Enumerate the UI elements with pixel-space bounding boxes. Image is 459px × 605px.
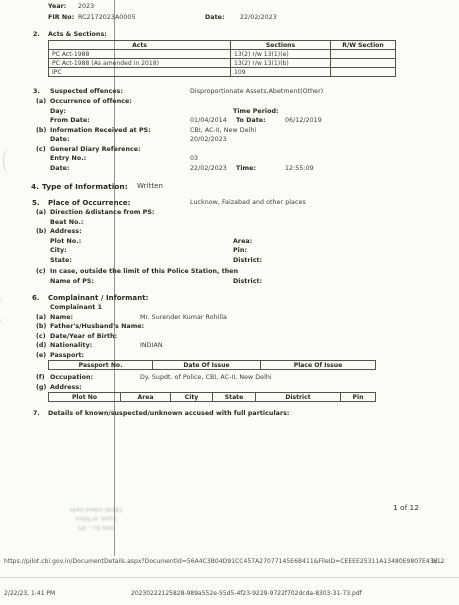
- date-of-issue-header: Date Of Issue: [153, 361, 261, 370]
- item-letter: (b): [36, 127, 46, 134]
- state-label: State:: [50, 257, 72, 264]
- gd-date-time-row: Date: 22/02/2023 Time: 12:55:09: [0, 165, 459, 175]
- pin-header: Pin: [341, 393, 376, 402]
- outside-limit-label: In case, outside the limit of this Polic…: [50, 268, 238, 275]
- occurrence-label: Occurrence of offence:: [50, 98, 132, 105]
- name-of-ps-row: Name of PS: District:: [0, 278, 459, 288]
- section7-title: Details of known/suspected/unknown accus…: [48, 410, 289, 417]
- section7-heading: 7. Details of known/suspected/unknown ac…: [0, 410, 459, 420]
- scan-artifact: [3, 148, 16, 174]
- section4-heading: 4. Type of Information: Written: [0, 182, 459, 192]
- page-number: 1 of 12: [393, 503, 419, 512]
- state-district-row: State: District:: [0, 257, 459, 267]
- passport-table: Passport No. Date Of Issue Place Of Issu…: [48, 360, 376, 370]
- section6-number: 6.: [32, 294, 40, 302]
- pin-label: Pin:: [233, 247, 247, 254]
- date-value: 22/02/2023: [190, 165, 227, 172]
- from-date-value: 01/04/2014: [190, 117, 227, 124]
- direction-distance-row: (a) Direction &distance from PS:: [0, 209, 459, 219]
- act-cell: PC Act-1988 (As amended in 2018): [49, 59, 231, 68]
- suspected-offences-value: Disproportionate Assets,Abetment(Other): [190, 88, 323, 95]
- section5-title: Place of Occurrence:: [48, 199, 130, 207]
- occupation-value: Dy. Supdt. of Police, CBI, AC-II, New De…: [140, 374, 272, 381]
- area-label: Area:: [233, 238, 252, 245]
- place-of-issue-header: Place Of Issue: [261, 361, 376, 370]
- place-of-occurrence-value: Lucknow, Faizabad and other places: [190, 199, 306, 206]
- date-label: Date:: [50, 136, 70, 143]
- passport-header-row: Passport No. Date Of Issue Place Of Issu…: [49, 361, 376, 370]
- section3-number: 3.: [33, 88, 40, 95]
- scanned-fir-page: Year: 2023 FIR No: RC2172023A0005 Date: …: [0, 0, 459, 556]
- table-row: IPC 109: [49, 68, 396, 77]
- father-husband-label: Father's/Husband's Name:: [50, 323, 144, 330]
- time-label: Time:: [236, 165, 256, 172]
- item-letter: (c): [36, 268, 46, 275]
- day-label: Day:: [50, 108, 66, 115]
- acts-sections-table: Acts Sections R/W Section PC Act-1988 13…: [48, 40, 396, 77]
- item-letter: (d): [36, 342, 46, 349]
- city-pin-row: City: Pin:: [0, 247, 459, 257]
- complainant1-label: Complainant 1: [50, 304, 102, 311]
- fir-no-label: FIR No:: [48, 14, 74, 21]
- father-husband-row: (b) Father's/Husband's Name:: [0, 323, 459, 333]
- rw-cell: [331, 59, 396, 68]
- from-to-date-row: From Date: 01/04/2014 To Date: 06/12/201…: [0, 117, 459, 127]
- time-period-label: Time Period:: [233, 108, 279, 115]
- passport-label: Passport:: [50, 352, 84, 359]
- entry-no-label: Entry No.:: [50, 155, 86, 162]
- entry-no-row: Entry No.: 03: [0, 155, 459, 165]
- info-received-value: CBI, AC-II, New Delhi: [190, 127, 256, 134]
- section7-number: 7.: [33, 410, 40, 417]
- year-row: Year: 2023: [0, 3, 459, 13]
- direction-distance-label: Direction &distance from PS:: [50, 209, 155, 216]
- section3-heading: 3. Suspected offences: Disproportionate …: [0, 88, 459, 98]
- occupation-row: (f) Occupation: Dy. Supdt. of Police, CB…: [0, 374, 459, 384]
- section6-heading: 6. Complainant / Informant:: [0, 294, 459, 304]
- address-header-row: Plot No Area City State District Pin: [49, 393, 376, 402]
- item-letter: (a): [36, 98, 46, 105]
- rw-cell: [331, 50, 396, 59]
- type-of-information-value: Written: [137, 182, 163, 190]
- rw-section-col-header: R/W Section: [331, 41, 396, 50]
- item-letter: (c): [36, 146, 46, 153]
- address-row: (b) Address:: [0, 228, 459, 238]
- item-letter: (e): [36, 352, 46, 359]
- state-header: State: [213, 393, 256, 402]
- date-value: 20/02/2023: [190, 136, 227, 143]
- section5-heading: 5. Place of Occurrence: Lucknow, Faizaba…: [0, 199, 459, 209]
- complainant-address-table: Plot No Area City State District Pin: [48, 392, 376, 402]
- year-value: 2023: [78, 3, 94, 10]
- fir-date-label: Date:: [205, 14, 225, 21]
- scan-fold-line: [114, 0, 115, 556]
- signature-stamp: SIVA SU… IPS Supdt. of Police CBI/AC-II/…: [52, 504, 140, 531]
- footer-url: https://pilot.cbi.gov.in/DocumentDetails…: [4, 558, 443, 565]
- year-label: Year:: [48, 3, 66, 10]
- plot-no-header: Plot No: [49, 393, 121, 402]
- section4-number: 4.: [31, 182, 39, 191]
- acts-col-header: Acts: [49, 41, 231, 50]
- beat-no-label: Beat No.:: [50, 219, 83, 226]
- from-date-label: From Date:: [50, 117, 90, 124]
- address-label: Address:: [50, 228, 82, 235]
- complainant1-row: Complainant 1: [0, 304, 459, 314]
- footer-datetime: 2/22/23, 1:41 PM: [4, 590, 55, 597]
- section2-number: 2.: [33, 31, 40, 38]
- section3-title: Suspected offences:: [50, 88, 123, 95]
- complainant-address-label: Address:: [50, 384, 82, 391]
- city-label: City:: [50, 247, 67, 254]
- act-cell: IPC: [49, 68, 231, 77]
- section5-number: 5.: [32, 199, 40, 207]
- outside-limit-row: (c) In case, outside the limit of this P…: [0, 268, 459, 278]
- stamp-line: CBI/AC-II/New Delhi: [52, 504, 140, 513]
- date-label: Date:: [50, 165, 70, 172]
- occurrence-row: (a) Occurrence of offence:: [0, 98, 459, 108]
- table-row: PC Act-1988 (As amended in 2018) 13(2) r…: [49, 59, 396, 68]
- district-label: District:: [233, 278, 262, 285]
- footer-filename: 20230222125828-989a552e-55d5-4f23-9229-9…: [131, 590, 362, 597]
- entry-no-value: 03: [190, 155, 198, 162]
- item-letter: (a): [36, 209, 46, 216]
- sections-col-header: Sections: [231, 41, 331, 50]
- stamp-line: SIVA SU… IPS: [52, 522, 140, 531]
- name-label: Name:: [50, 314, 73, 321]
- birth-label: Date/Year of Birth:: [50, 333, 117, 340]
- section6-title: Complainant / Informant:: [48, 294, 148, 302]
- name-of-ps-label: Name of PS:: [50, 278, 94, 285]
- nationality-label: Nationality:: [50, 342, 92, 349]
- time-value: 12:55:09: [285, 165, 314, 172]
- fir-date-value: 22/02/2023: [240, 14, 277, 21]
- footer-divider: [0, 577, 459, 578]
- item-letter: (b): [36, 228, 46, 235]
- section-cell: 109: [231, 68, 331, 77]
- stamp-line: Supdt. of Police: [52, 513, 140, 522]
- info-received-label: Information Received at PS:: [50, 127, 151, 134]
- occupation-label: Occupation:: [50, 374, 93, 381]
- passport-no-header: Passport No.: [49, 361, 153, 370]
- gd-reference-label: General Diary Reference:: [50, 146, 141, 153]
- complainant-name-value: Mr. Surender Kumar Rohilla: [140, 314, 227, 321]
- nationality-value: INDIAN: [140, 342, 163, 349]
- footer-page-indicator: 1/12: [431, 558, 444, 565]
- item-letter: (g): [36, 384, 46, 391]
- fir-no-value: RC2172023A0005: [78, 14, 136, 21]
- nationality-row: (d) Nationality: INDIAN: [0, 342, 459, 352]
- plot-no-label: Plot No.:: [50, 238, 81, 245]
- item-letter: (f): [36, 374, 45, 381]
- fir-no-row: FIR No: RC2172023A0005 Date: 22/02/2023: [0, 14, 459, 24]
- area-header: Area: [121, 393, 171, 402]
- section-cell: 13(2) r/w 13(1)(e): [231, 50, 331, 59]
- district-label: District:: [233, 257, 262, 264]
- to-date-value: 06/12/2019: [285, 117, 322, 124]
- act-cell: PC Act-1988: [49, 50, 231, 59]
- item-letter: (b): [36, 323, 46, 330]
- acts-table-header-row: Acts Sections R/W Section: [49, 41, 396, 50]
- table-row: PC Act-1988 13(2) r/w 13(1)(e): [49, 50, 396, 59]
- district-header: District: [256, 393, 341, 402]
- to-date-label: To Date:: [236, 117, 266, 124]
- section-cell: 13(2) r/w 13(1)(b): [231, 59, 331, 68]
- section2-title: Acts & Sections:: [48, 31, 107, 38]
- item-letter: (a): [36, 314, 46, 321]
- rw-cell: [331, 68, 396, 77]
- item-letter: (c): [36, 333, 46, 340]
- info-received-date-row: Date: 20/02/2023: [0, 136, 459, 146]
- city-header: City: [171, 393, 213, 402]
